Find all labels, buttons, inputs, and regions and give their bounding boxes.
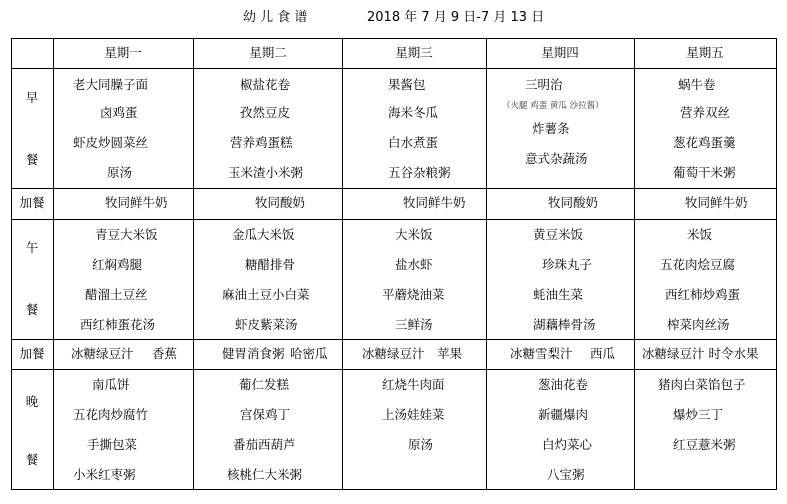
breakfast-tue-item: 玉米渣小米粥 xyxy=(228,166,303,180)
breakfast-thu-item: 炸薯条 xyxy=(532,122,570,136)
lunch-fri-item: 五花肉烩豆腐 xyxy=(660,258,735,272)
dinner-thu-item: 白灼菜心 xyxy=(542,438,592,452)
snack1-thu-item: 牧同酸奶 xyxy=(548,196,598,210)
row-label-dinner-top: 晚 xyxy=(26,395,39,409)
snack2-fri-item: 冰糖绿豆汁 时令水果 xyxy=(642,347,758,361)
grid-line xyxy=(11,188,777,189)
snack2-mon-drink: 冰糖绿豆汁 xyxy=(71,347,134,361)
breakfast-fri-item: 葡萄干米粥 xyxy=(673,166,736,180)
dinner-mon-item: 小米红枣粥 xyxy=(73,468,136,482)
breakfast-wed-item: 白水煮蛋 xyxy=(388,136,438,150)
lunch-wed-item: 大米饭 xyxy=(395,228,433,242)
lunch-tue-item: 糖醋排骨 xyxy=(245,258,295,272)
header-thursday: 星期四 xyxy=(541,46,579,60)
header-tuesday: 星期二 xyxy=(249,46,287,60)
grid-line xyxy=(486,38,487,490)
header-wednesday: 星期三 xyxy=(395,46,433,60)
snack2-thu-drink: 冰糖雪梨汁 xyxy=(510,347,573,361)
lunch-fri-item: 西红柿炒鸡蛋 xyxy=(665,288,740,302)
breakfast-wed-item: 果酱包 xyxy=(388,78,426,92)
snack2-tue-drink: 健胃消食粥 xyxy=(222,347,285,361)
dinner-fri-item: 猪肉白菜馅包子 xyxy=(658,378,746,392)
dinner-wed-item: 红烧牛肉面 xyxy=(382,378,445,392)
grid-line xyxy=(776,38,777,490)
breakfast-tue-item: 椒盐花卷 xyxy=(240,78,290,92)
grid-line xyxy=(11,489,777,490)
dinner-thu-item: 新疆爆肉 xyxy=(538,408,588,422)
breakfast-wed-item: 五谷杂粮粥 xyxy=(388,166,451,180)
breakfast-mon-item: 卤鸡蛋 xyxy=(100,106,138,120)
snack2-wed-drink: 冰糖绿豆汁 xyxy=(362,347,425,361)
lunch-wed-item: 三鲜汤 xyxy=(395,318,433,332)
row-label-lunch-bottom: 餐 xyxy=(26,303,39,317)
breakfast-thu-item: 三明治 xyxy=(525,78,563,92)
row-label-snack2: 加餐 xyxy=(19,347,44,361)
breakfast-mon-item: 老大同臊子面 xyxy=(73,78,148,92)
dinner-tue-item: 宫保鸡丁 xyxy=(240,408,290,422)
dinner-fri-item: 爆炒三丁 xyxy=(673,408,723,422)
grid-line xyxy=(11,219,777,220)
breakfast-tue-item: 营养鸡蛋糕 xyxy=(230,136,293,150)
lunch-mon-item: 红焖鸡腿 xyxy=(92,258,142,272)
lunch-tue-item: 麻油土豆小白菜 xyxy=(222,288,310,302)
lunch-thu-item: 黄豆米饭 xyxy=(533,228,583,242)
row-label-breakfast-top: 早 xyxy=(26,91,39,105)
breakfast-fri-item: 葱花鸡蛋羹 xyxy=(673,136,736,150)
grid-line xyxy=(11,38,12,490)
grid-line xyxy=(53,38,54,490)
lunch-wed-item: 平蘑烧油菜 xyxy=(382,288,445,302)
lunch-tue-item: 金瓜大米饭 xyxy=(232,228,295,242)
lunch-fri-item: 榨菜肉丝汤 xyxy=(667,318,730,332)
breakfast-mon-item: 原汤 xyxy=(107,166,132,180)
snack1-fri-item: 牧同鲜牛奶 xyxy=(685,196,748,210)
dinner-tue-item: 核桃仁大米粥 xyxy=(227,468,302,482)
snack2-mon-fruit: 香蕉 xyxy=(152,347,177,361)
dinner-mon-item: 手撕包菜 xyxy=(87,438,137,452)
snack2-wed-fruit: 苹果 xyxy=(437,347,462,361)
header-friday: 星期五 xyxy=(686,46,724,60)
row-label-dinner-bottom: 餐 xyxy=(26,453,39,467)
breakfast-fri-item: 营养双丝 xyxy=(680,106,730,120)
lunch-mon-item: 醋溜土豆丝 xyxy=(85,288,148,302)
row-label-snack1: 加餐 xyxy=(19,196,44,210)
breakfast-fri-item: 蜗牛卷 xyxy=(678,78,716,92)
grid-line xyxy=(342,38,343,490)
dinner-fri-item: 红豆薏米粥 xyxy=(673,438,736,452)
snack2-tue-fruit: 哈密瓜 xyxy=(290,347,328,361)
grid-line xyxy=(193,38,194,490)
dinner-mon-item: 五花肉炒腐竹 xyxy=(73,408,148,422)
row-label-lunch-top: 午 xyxy=(26,241,39,255)
dinner-tue-item: 番茄西葫芦 xyxy=(233,438,296,452)
lunch-tue-item: 虾皮紫菜汤 xyxy=(235,318,298,332)
lunch-thu-item: 蚝油生菜 xyxy=(533,288,583,302)
grid-line xyxy=(11,369,777,370)
row-label-breakfast-bottom: 餐 xyxy=(26,153,39,167)
dinner-wed-item: 上汤娃娃菜 xyxy=(382,408,445,422)
dinner-thu-item: 葱油花卷 xyxy=(538,378,588,392)
breakfast-mon-item: 虾皮炒圆菜丝 xyxy=(73,136,148,150)
breakfast-thu-ingredients-note: （火腿 鸡蛋 黄瓜 沙拉酱） xyxy=(502,99,604,113)
menu-title: 幼 儿 食 谱 xyxy=(243,10,307,26)
grid-line xyxy=(11,339,777,340)
dinner-wed-item: 原汤 xyxy=(408,438,433,452)
menu-date-range: 2018 年 7 月 9 日-7 月 13 日 xyxy=(367,10,544,26)
breakfast-tue-item: 孜然豆皮 xyxy=(240,106,290,120)
grid-line xyxy=(634,38,635,490)
breakfast-wed-item: 海米冬瓜 xyxy=(388,106,438,120)
dinner-mon-item: 南瓜饼 xyxy=(92,378,130,392)
dinner-tue-item: 葡仁发糕 xyxy=(239,378,289,392)
lunch-mon-item: 青豆大米饭 xyxy=(95,228,158,242)
lunch-wed-item: 盐水虾 xyxy=(395,258,433,272)
lunch-mon-item: 西红柿蛋花汤 xyxy=(80,318,155,332)
header-monday: 星期一 xyxy=(104,46,142,60)
lunch-thu-item: 湖藕棒骨汤 xyxy=(533,318,596,332)
grid-line xyxy=(11,68,777,69)
grid-line xyxy=(11,38,777,39)
snack1-tue-item: 牧同酸奶 xyxy=(255,196,305,210)
snack1-wed-item: 牧同鲜牛奶 xyxy=(403,196,466,210)
lunch-thu-item: 珍珠丸子 xyxy=(542,258,592,272)
dinner-thu-item: 八宝粥 xyxy=(547,468,585,482)
snack2-thu-fruit: 西瓜 xyxy=(590,347,615,361)
breakfast-thu-item: 意式杂蔬汤 xyxy=(525,152,588,166)
snack1-mon-item: 牧同鲜牛奶 xyxy=(105,196,168,210)
lunch-fri-item: 米饭 xyxy=(687,228,712,242)
